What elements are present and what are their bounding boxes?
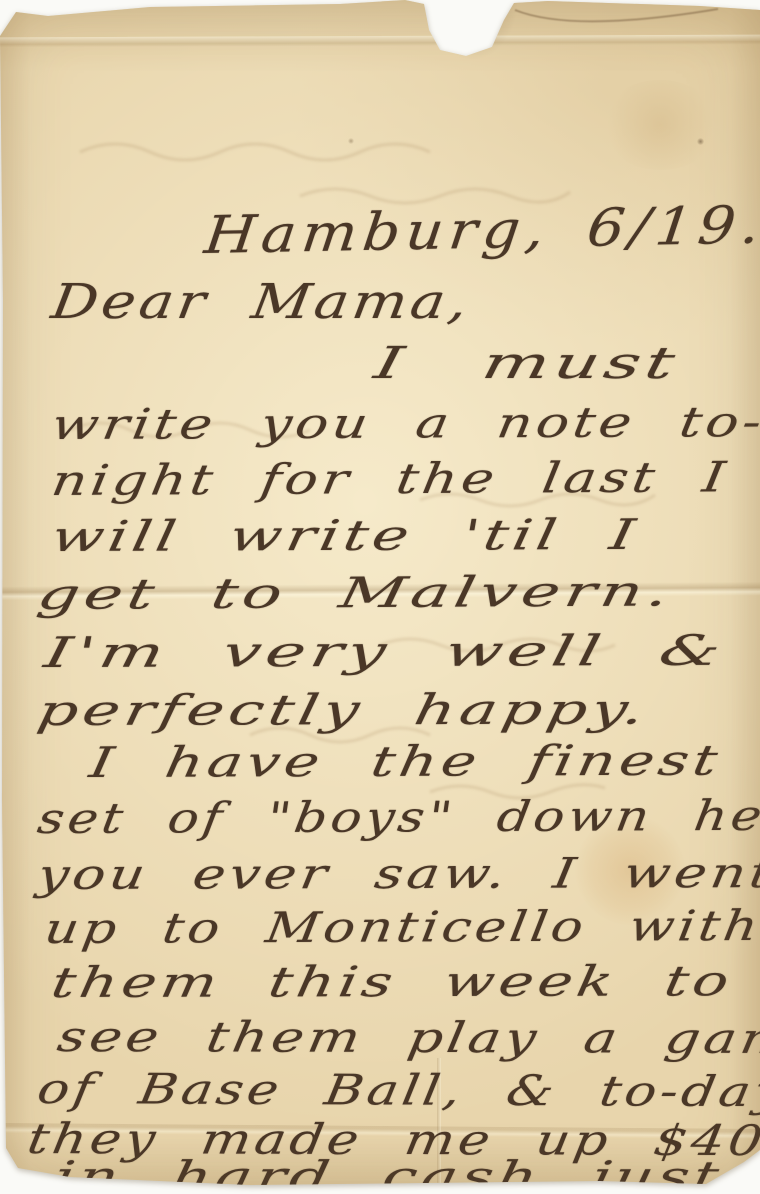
letter-line: get to Malvern. bbox=[34, 570, 676, 616]
letter-line: them this week to bbox=[48, 960, 736, 1004]
letter-heading: Hamburg, 6/19. bbox=[202, 200, 760, 262]
ink-speck bbox=[348, 138, 354, 144]
letter-line: will write 'til I bbox=[48, 514, 642, 558]
letter-line: I have the finest bbox=[87, 740, 725, 784]
letter-line: in hard cash just bbox=[51, 1156, 726, 1194]
letter-scan: Hamburg, 6/19. Dear Mama, I must write y… bbox=[0, 0, 760, 1194]
letter-line: write you a note to- bbox=[49, 401, 760, 446]
letter-line: I'm very well & bbox=[41, 630, 728, 674]
letter-line: perfectly happy. bbox=[34, 689, 652, 732]
paper-stain bbox=[600, 80, 720, 170]
letter-line: night for the last I bbox=[49, 456, 732, 502]
letter-line: set of "boys" down here bbox=[35, 795, 760, 840]
letter-paper: Hamburg, 6/19. Dear Mama, I must write y… bbox=[0, 0, 760, 1194]
letter-line: you ever saw. I went bbox=[35, 852, 760, 896]
fold-crease-top bbox=[0, 35, 760, 48]
ink-speck bbox=[697, 138, 704, 145]
letter-line: of Base Ball, & to-day bbox=[35, 1068, 760, 1113]
paper-shadow: Hamburg, 6/19. Dear Mama, I must write y… bbox=[0, 0, 760, 1194]
letter-salutation: Dear Mama, bbox=[48, 278, 474, 326]
torn-notch-shadow bbox=[425, 0, 520, 62]
letter-line: I must bbox=[371, 342, 683, 386]
letter-line: up to Monticello with bbox=[42, 905, 760, 950]
letter-line: see them play a game bbox=[55, 1016, 760, 1060]
